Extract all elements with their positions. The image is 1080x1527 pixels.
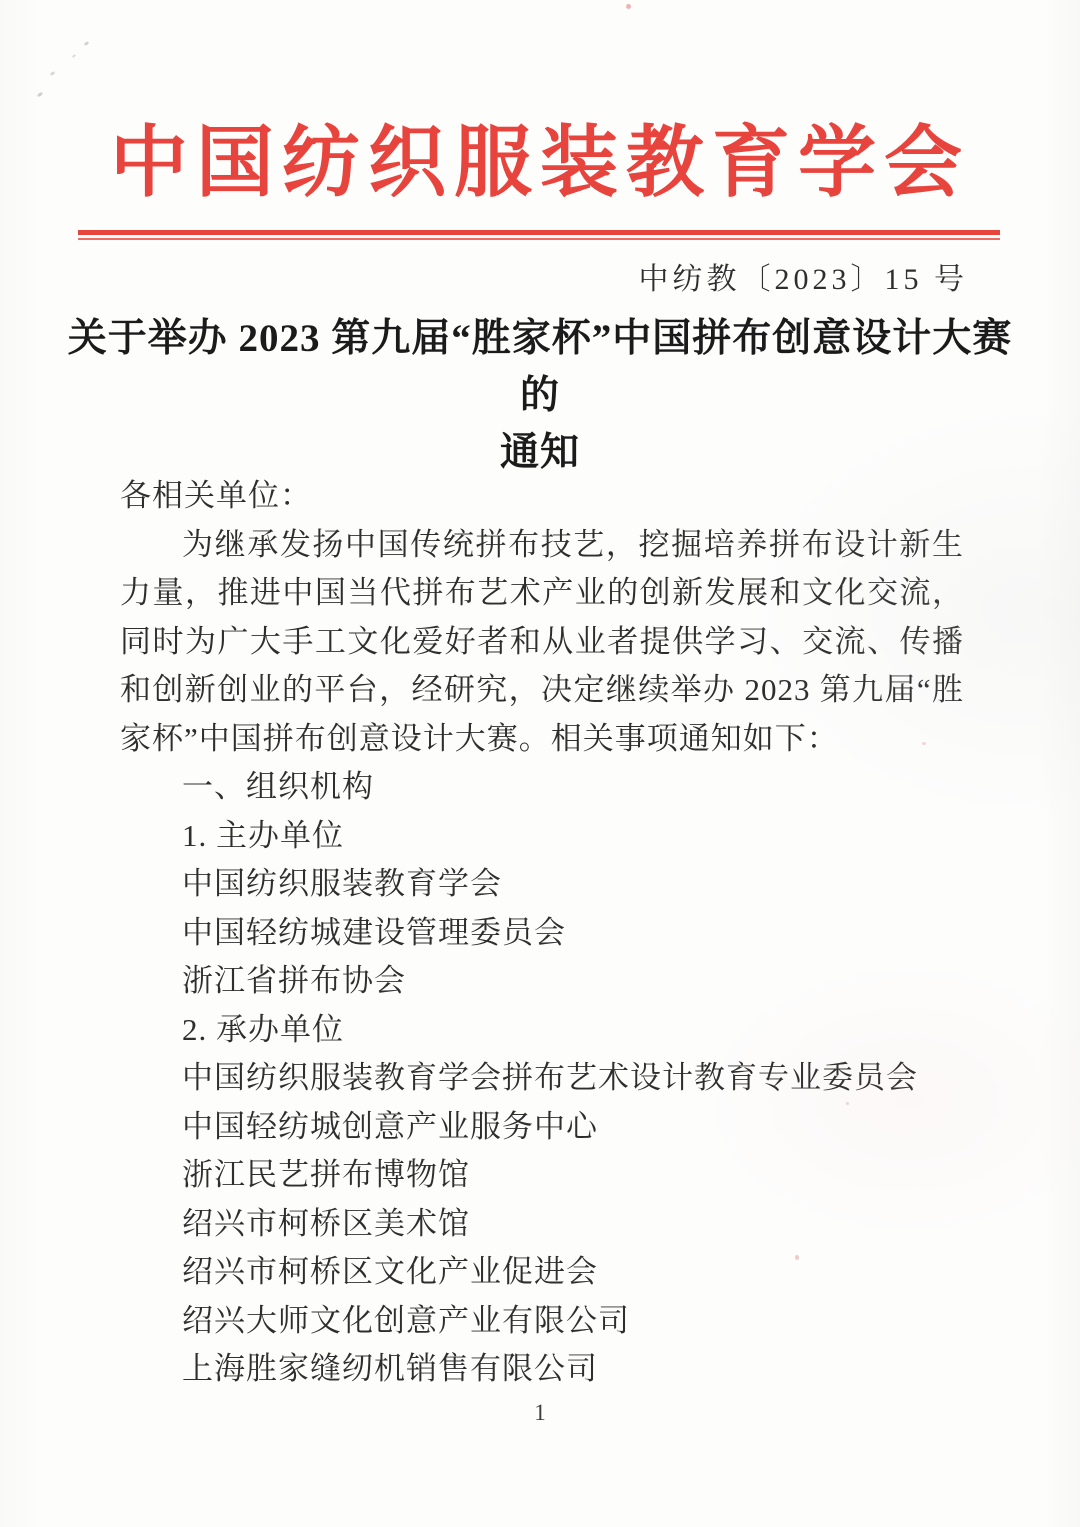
organizer-unit: 绍兴大师文化创意产业有限公司 (120, 1297, 964, 1346)
document-number: 中纺教〔2023〕15 号 (639, 254, 969, 298)
organizer-unit: 上海胜家缝纫机销售有限公司 (120, 1345, 964, 1394)
notice-title-line1: 关于举办 2023 第九届“胜家杯”中国拼布创意设计大赛的 (60, 310, 1020, 424)
scan-speck (72, 54, 76, 58)
section-heading-organization: 一、组织机构 (120, 763, 964, 812)
salutation: 各相关单位： (120, 472, 964, 521)
host-units-heading: 1. 主办单位 (120, 812, 964, 861)
scan-speck (84, 41, 90, 46)
scan-speck (50, 71, 56, 76)
organizer-unit: 绍兴市柯桥区文化产业促进会 (120, 1248, 964, 1297)
organizer-units-heading: 2. 承办单位 (120, 1006, 964, 1055)
notice-title: 关于举办 2023 第九届“胜家杯”中国拼布创意设计大赛的 通知 (60, 310, 1020, 481)
divider-thick-line (78, 230, 1000, 235)
host-unit: 中国纺织服装教育学会 (120, 860, 964, 909)
document-page: 中国纺织服装教育学会 中纺教〔2023〕15 号 关于举办 2023 第九届“胜… (0, 0, 1080, 1527)
scan-speck (626, 4, 631, 9)
notice-body: 各相关单位： 为继承发扬中国传统拼布技艺，挖掘培养拼布设计新生力量，推进中国当代… (120, 472, 964, 1394)
page-number: 1 (0, 1400, 1080, 1426)
scan-speck (37, 92, 44, 98)
organizer-unit: 中国轻纺城创意产业服务中心 (120, 1103, 964, 1152)
host-unit: 浙江省拼布协会 (120, 957, 964, 1006)
host-unit: 中国轻纺城建设管理委员会 (120, 909, 964, 958)
organizer-unit: 绍兴市柯桥区美术馆 (120, 1200, 964, 1249)
organizer-unit: 浙江民艺拼布博物馆 (120, 1151, 964, 1200)
divider-thin-line (78, 238, 1000, 240)
intro-paragraph: 为继承发扬中国传统拼布技艺，挖掘培养拼布设计新生力量，推进中国当代拼布艺术产业的… (120, 521, 964, 764)
organizer-unit: 中国纺织服装教育学会拼布艺术设计教育专业委员会 (120, 1054, 964, 1103)
letterhead-divider (78, 230, 1000, 240)
letterhead-org-name: 中国纺织服装教育学会 (0, 100, 1080, 212)
